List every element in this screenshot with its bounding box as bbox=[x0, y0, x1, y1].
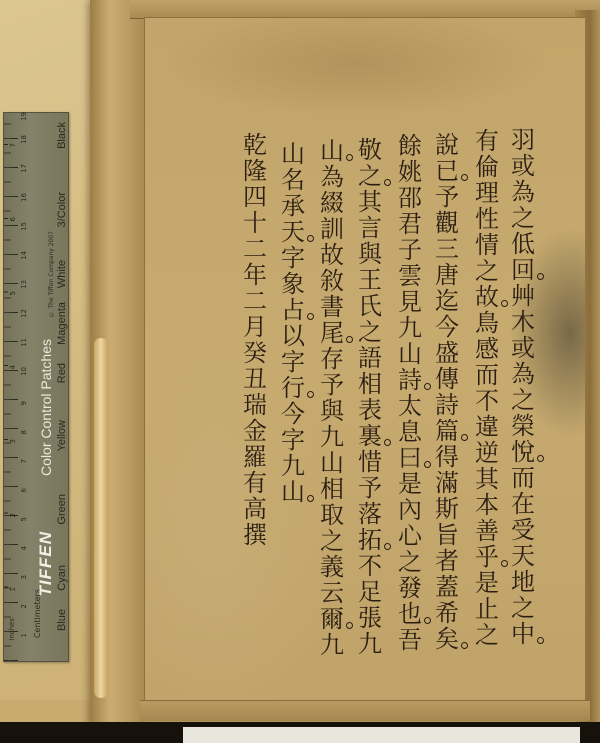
manuscript-glyph: 之 bbox=[356, 319, 384, 345]
manuscript-glyph: 瑞 bbox=[241, 392, 269, 418]
manuscript-glyph: 書 bbox=[318, 294, 346, 320]
manuscript-glyph: 理 bbox=[473, 180, 501, 206]
manuscript-glyph: 傳 bbox=[433, 366, 461, 392]
manuscript-glyph: 月 bbox=[241, 314, 269, 340]
punctuation-circle-mark bbox=[537, 455, 544, 462]
cm-label: 12 bbox=[20, 309, 28, 318]
manuscript-glyph: 不 bbox=[473, 388, 501, 414]
manuscript-glyph: 與 bbox=[356, 241, 384, 267]
punctuation-circle-mark bbox=[346, 622, 353, 629]
manuscript-glyph: 以 bbox=[279, 323, 307, 349]
manuscript-glyph: 撰 bbox=[241, 522, 269, 548]
manuscript-glyph: 之 bbox=[473, 258, 501, 284]
manuscript-glyph: 有 bbox=[473, 128, 501, 154]
punctuation-circle-mark bbox=[501, 560, 508, 567]
manuscript-glyph: 觀 bbox=[433, 210, 461, 236]
manuscript-glyph: 盛 bbox=[433, 340, 461, 366]
manuscript-glyph: 迄 bbox=[433, 288, 461, 314]
punctuation-circle-mark bbox=[537, 637, 544, 644]
manuscript-glyph: 唐 bbox=[433, 262, 461, 288]
manuscript-glyph: 是 bbox=[473, 570, 501, 596]
manuscript-glyph: 是 bbox=[396, 471, 424, 497]
manuscript-glyph: 地 bbox=[509, 569, 537, 595]
manuscript-glyph: 受 bbox=[509, 517, 537, 543]
manuscript-glyph: 者 bbox=[433, 548, 461, 574]
manuscript-glyph: 或 bbox=[509, 153, 537, 179]
manuscript-glyph: 義 bbox=[318, 554, 346, 580]
manuscript-glyph: 雲 bbox=[396, 263, 424, 289]
manuscript-glyph: 悅 bbox=[509, 439, 537, 465]
manuscript-glyph: 羅 bbox=[241, 444, 269, 470]
inch-label: 5 bbox=[9, 291, 17, 295]
text-column-5: 敬之其言與王氏之語相表裏惜予落拓不足張九 bbox=[356, 137, 384, 657]
manuscript-glyph: 蓋 bbox=[433, 574, 461, 600]
inches-scale-label: Inches bbox=[8, 618, 16, 641]
manuscript-glyph: 篇 bbox=[433, 418, 461, 444]
manuscript-glyph: 心 bbox=[396, 523, 424, 549]
manuscript-glyph: 逆 bbox=[473, 440, 501, 466]
manuscript-glyph: 或 bbox=[509, 335, 537, 361]
manuscript-glyph: 語 bbox=[356, 345, 384, 371]
manuscript-glyph: 惜 bbox=[356, 449, 384, 475]
patch-label-3color: 3/Color bbox=[56, 192, 68, 227]
punctuation-circle-mark bbox=[346, 154, 353, 161]
manuscript-glyph: 占 bbox=[279, 297, 307, 323]
manuscript-glyph: 存 bbox=[318, 346, 346, 372]
manuscript-glyph: 其 bbox=[473, 466, 501, 492]
manuscript-glyph: 感 bbox=[473, 336, 501, 362]
manuscript-glyph: 性 bbox=[473, 206, 501, 232]
punctuation-circle-mark bbox=[307, 495, 314, 502]
manuscript-glyph: 今 bbox=[279, 401, 307, 427]
manuscript-glyph: 爾 bbox=[318, 606, 346, 632]
manuscript-glyph: 不 bbox=[356, 553, 384, 579]
manuscript-glyph: 希 bbox=[433, 600, 461, 626]
cm-label: 7 bbox=[20, 459, 28, 463]
punctuation-circle-mark bbox=[307, 235, 314, 242]
manuscript-glyph: 表 bbox=[356, 397, 384, 423]
manuscript-glyph: 艸 bbox=[509, 283, 537, 309]
manuscript-glyph: 尾 bbox=[318, 320, 346, 346]
manuscript-glyph: 有 bbox=[241, 470, 269, 496]
inch-label: 1 bbox=[9, 587, 17, 591]
manuscript-glyph: 矣 bbox=[433, 626, 461, 652]
manuscript-glyph: 內 bbox=[396, 497, 424, 523]
manuscript-glyph: 倫 bbox=[473, 154, 501, 180]
manuscript-glyph: 行 bbox=[279, 375, 307, 401]
manuscript-glyph: 木 bbox=[509, 309, 537, 335]
manuscript-glyph: 回 bbox=[509, 257, 537, 283]
manuscript-glyph: 與 bbox=[318, 398, 346, 424]
catalog-slip bbox=[183, 727, 580, 743]
manuscript-glyph: 山 bbox=[396, 341, 424, 367]
manuscript-glyph: 乾 bbox=[241, 132, 269, 158]
manuscript-glyph: 字 bbox=[279, 349, 307, 375]
manuscript-glyph: 詩 bbox=[433, 392, 461, 418]
manuscript-glyph: 張 bbox=[356, 605, 384, 631]
manuscript-glyph: 予 bbox=[356, 475, 384, 501]
cm-label: 5 bbox=[20, 517, 28, 521]
ruler-title: Color Control Patches bbox=[38, 339, 54, 476]
manuscript-glyph: 善 bbox=[473, 518, 501, 544]
inch-label: 4 bbox=[9, 365, 17, 369]
manuscript-glyph: 情 bbox=[473, 232, 501, 258]
manuscript-glyph: 君 bbox=[396, 211, 424, 237]
manuscript-glyph: 敘 bbox=[318, 268, 346, 294]
manuscript-glyph: 邵 bbox=[396, 185, 424, 211]
manuscript-glyph: 天 bbox=[509, 543, 537, 569]
patch-label-green: Green bbox=[56, 494, 68, 525]
manuscript-glyph: 十 bbox=[241, 210, 269, 236]
manuscript-glyph: 之 bbox=[396, 549, 424, 575]
manuscript-glyph: 高 bbox=[241, 496, 269, 522]
punctuation-circle-mark bbox=[461, 434, 468, 441]
manuscript-glyph: 鳥 bbox=[473, 310, 501, 336]
manuscript-glyph: 餘 bbox=[396, 133, 424, 159]
cm-label: 13 bbox=[20, 280, 28, 289]
punctuation-circle-mark bbox=[424, 461, 431, 468]
cm-label: 19 bbox=[20, 112, 28, 121]
manuscript-glyph: 九 bbox=[318, 632, 346, 658]
manuscript-glyph: 為 bbox=[318, 164, 346, 190]
manuscript-glyph: 裏 bbox=[356, 423, 384, 449]
curled-page-edge bbox=[94, 338, 108, 698]
text-column-7: 山名承天字象占以字行今字九山 bbox=[279, 141, 307, 505]
punctuation-circle-mark bbox=[424, 383, 431, 390]
text-column-4: 餘姚邵君子雲見九山詩太息曰是內心之發也吾 bbox=[396, 133, 424, 653]
manuscript-glyph: 云 bbox=[318, 580, 346, 606]
punctuation-circle-mark bbox=[461, 174, 468, 181]
manuscript-glyph: 言 bbox=[356, 215, 384, 241]
cm-label: 4 bbox=[20, 546, 28, 550]
punctuation-circle-mark bbox=[346, 336, 353, 343]
manuscript-glyph: 相 bbox=[356, 371, 384, 397]
manuscript-glyph: 違 bbox=[473, 414, 501, 440]
manuscript-glyph: 子 bbox=[396, 237, 424, 263]
manuscript-glyph: 九 bbox=[396, 315, 424, 341]
manuscript-glyph: 也 bbox=[396, 601, 424, 627]
manuscript-glyph: 綴 bbox=[318, 190, 346, 216]
punctuation-circle-mark bbox=[307, 313, 314, 320]
manuscript-glyph: 山 bbox=[318, 450, 346, 476]
manuscript-glyph: 之 bbox=[473, 622, 501, 648]
manuscript-glyph: 乎 bbox=[473, 544, 501, 570]
manuscript-glyph: 息 bbox=[396, 419, 424, 445]
copyright-text: © The Tiffen Company 2007 bbox=[48, 231, 55, 317]
cm-label: 1 bbox=[20, 633, 28, 637]
manuscript-glyph: 斯 bbox=[433, 496, 461, 522]
punctuation-circle-mark bbox=[384, 543, 391, 550]
inch-ticks bbox=[4, 113, 8, 661]
cm-label: 6 bbox=[20, 488, 28, 492]
text-column-6: 山為綴訓故敘書尾存予與九山相取之義云爾九 bbox=[318, 138, 346, 658]
manuscript-glyph: 山 bbox=[279, 479, 307, 505]
manuscript-glyph: 山 bbox=[279, 141, 307, 167]
cm-label: 9 bbox=[20, 401, 28, 405]
manuscript-glyph: 太 bbox=[396, 393, 424, 419]
book-bottom-edge bbox=[140, 700, 590, 721]
manuscript-glyph: 九 bbox=[318, 424, 346, 450]
manuscript-glyph: 予 bbox=[433, 184, 461, 210]
cm-label: 16 bbox=[20, 193, 28, 202]
inch-label: 2 bbox=[9, 513, 17, 517]
cm-label: 11 bbox=[20, 338, 28, 347]
punctuation-circle-mark bbox=[537, 273, 544, 280]
manuscript-glyph: 低 bbox=[509, 231, 537, 257]
manuscript-glyph: 榮 bbox=[509, 413, 537, 439]
punctuation-circle-mark bbox=[501, 300, 508, 307]
manuscript-glyph: 之 bbox=[509, 387, 537, 413]
tiffen-logo: TIFFEN bbox=[36, 531, 56, 597]
manuscript-glyph: 得 bbox=[433, 444, 461, 470]
manuscript-glyph: 拓 bbox=[356, 527, 384, 553]
manuscript-glyph: 發 bbox=[396, 575, 424, 601]
manuscript-glyph: 今 bbox=[433, 314, 461, 340]
manuscript-glyph: 承 bbox=[279, 193, 307, 219]
patch-label-white: White bbox=[56, 260, 68, 288]
manuscript-glyph: 中 bbox=[509, 621, 537, 647]
manuscript-glyph: 旨 bbox=[433, 522, 461, 548]
manuscript-glyph: 丑 bbox=[241, 366, 269, 392]
punctuation-circle-mark bbox=[461, 642, 468, 649]
punctuation-circle-mark bbox=[384, 179, 391, 186]
patch-label-yellow: Yellow bbox=[56, 420, 68, 451]
manuscript-glyph: 故 bbox=[473, 284, 501, 310]
manuscript-glyph: 為 bbox=[509, 361, 537, 387]
manuscript-glyph: 吾 bbox=[396, 627, 424, 653]
manuscript-glyph: 詩 bbox=[396, 367, 424, 393]
manuscript-glyph: 為 bbox=[509, 179, 537, 205]
patch-label-magenta: Magenta bbox=[56, 302, 68, 345]
patch-label-blue: Blue bbox=[56, 609, 68, 631]
manuscript-glyph: 姚 bbox=[396, 159, 424, 185]
manuscript-glyph: 山 bbox=[318, 138, 346, 164]
manuscript-glyph: 三 bbox=[433, 236, 461, 262]
cm-label: 18 bbox=[20, 135, 28, 144]
cm-label: 3 bbox=[20, 575, 28, 579]
manuscript-glyph: 癸 bbox=[241, 340, 269, 366]
manuscript-glyph: 滿 bbox=[433, 470, 461, 496]
manuscript-glyph: 相 bbox=[318, 476, 346, 502]
color-control-ruler: 1 2 3 4 5 6 7 8 9 10 11 12 13 14 15 16 1… bbox=[3, 112, 69, 662]
punctuation-circle-mark bbox=[384, 439, 391, 446]
manuscript-glyph: 訓 bbox=[318, 216, 346, 242]
inch-label: 3 bbox=[9, 439, 17, 443]
cm-label: 8 bbox=[20, 430, 28, 434]
manuscript-glyph: 其 bbox=[356, 189, 384, 215]
inch-label: 7 bbox=[9, 143, 17, 147]
manuscript-glyph: 四 bbox=[241, 184, 269, 210]
manuscript-glyph: 名 bbox=[279, 167, 307, 193]
manuscript-glyph: 王 bbox=[356, 267, 384, 293]
cm-label: 17 bbox=[20, 164, 28, 173]
manuscript-glyph: 之 bbox=[356, 163, 384, 189]
manuscript-glyph: 隆 bbox=[241, 158, 269, 184]
manuscript-glyph: 二 bbox=[241, 236, 269, 262]
inch-label: 6 bbox=[9, 217, 17, 221]
manuscript-glyph: 之 bbox=[318, 528, 346, 554]
punctuation-circle-mark bbox=[424, 617, 431, 624]
manuscript-glyph: 予 bbox=[318, 372, 346, 398]
manuscript-glyph: 二 bbox=[241, 288, 269, 314]
manuscript-glyph: 九 bbox=[279, 453, 307, 479]
manuscript-glyph: 止 bbox=[473, 596, 501, 622]
manuscript-glyph: 取 bbox=[318, 502, 346, 528]
manuscript-glyph: 而 bbox=[473, 362, 501, 388]
manuscript-glyph: 象 bbox=[279, 271, 307, 297]
manuscript-glyph: 氏 bbox=[356, 293, 384, 319]
manuscript-glyph: 字 bbox=[279, 427, 307, 453]
manuscript-glyph: 落 bbox=[356, 501, 384, 527]
manuscript-glyph: 九 bbox=[356, 631, 384, 657]
manuscript-glyph: 年 bbox=[241, 262, 269, 288]
manuscript-glyph: 而 bbox=[509, 465, 537, 491]
text-column-3: 說已予觀三唐迄今盛傳詩篇得滿斯旨者蓋希矣 bbox=[433, 132, 461, 652]
colophon-column: 乾隆四十二年二月癸丑瑞金羅有高撰 bbox=[241, 132, 269, 548]
patch-label-red: Red bbox=[56, 363, 68, 383]
cm-label: 14 bbox=[20, 251, 28, 260]
manuscript-glyph: 之 bbox=[509, 205, 537, 231]
cm-label: 15 bbox=[20, 222, 28, 231]
manuscript-glyph: 字 bbox=[279, 245, 307, 271]
manuscript-glyph: 天 bbox=[279, 219, 307, 245]
manuscript-glyph: 本 bbox=[473, 492, 501, 518]
manuscript-glyph: 金 bbox=[241, 418, 269, 444]
patch-label-black: Black bbox=[56, 122, 68, 149]
manuscript-glyph: 在 bbox=[509, 491, 537, 517]
cm-label: 2 bbox=[20, 604, 28, 608]
manuscript-glyph: 已 bbox=[433, 158, 461, 184]
patch-label-cyan: Cyan bbox=[56, 565, 68, 591]
text-column-1: 羽或為之低回艸木或為之榮悅而在受天地之中 bbox=[509, 127, 537, 647]
manuscript-glyph: 足 bbox=[356, 579, 384, 605]
text-column-2: 有倫理性情之故鳥感而不違逆其本善乎是止之 bbox=[473, 128, 501, 648]
cm-label: 10 bbox=[20, 367, 28, 376]
manuscript-glyph: 說 bbox=[433, 132, 461, 158]
manuscript-glyph: 敬 bbox=[356, 137, 384, 163]
manuscript-glyph: 羽 bbox=[509, 127, 537, 153]
manuscript-glyph: 曰 bbox=[396, 445, 424, 471]
manuscript-glyph: 之 bbox=[509, 595, 537, 621]
manuscript-glyph: 故 bbox=[318, 242, 346, 268]
manuscript-glyph: 見 bbox=[396, 289, 424, 315]
punctuation-circle-mark bbox=[307, 391, 314, 398]
